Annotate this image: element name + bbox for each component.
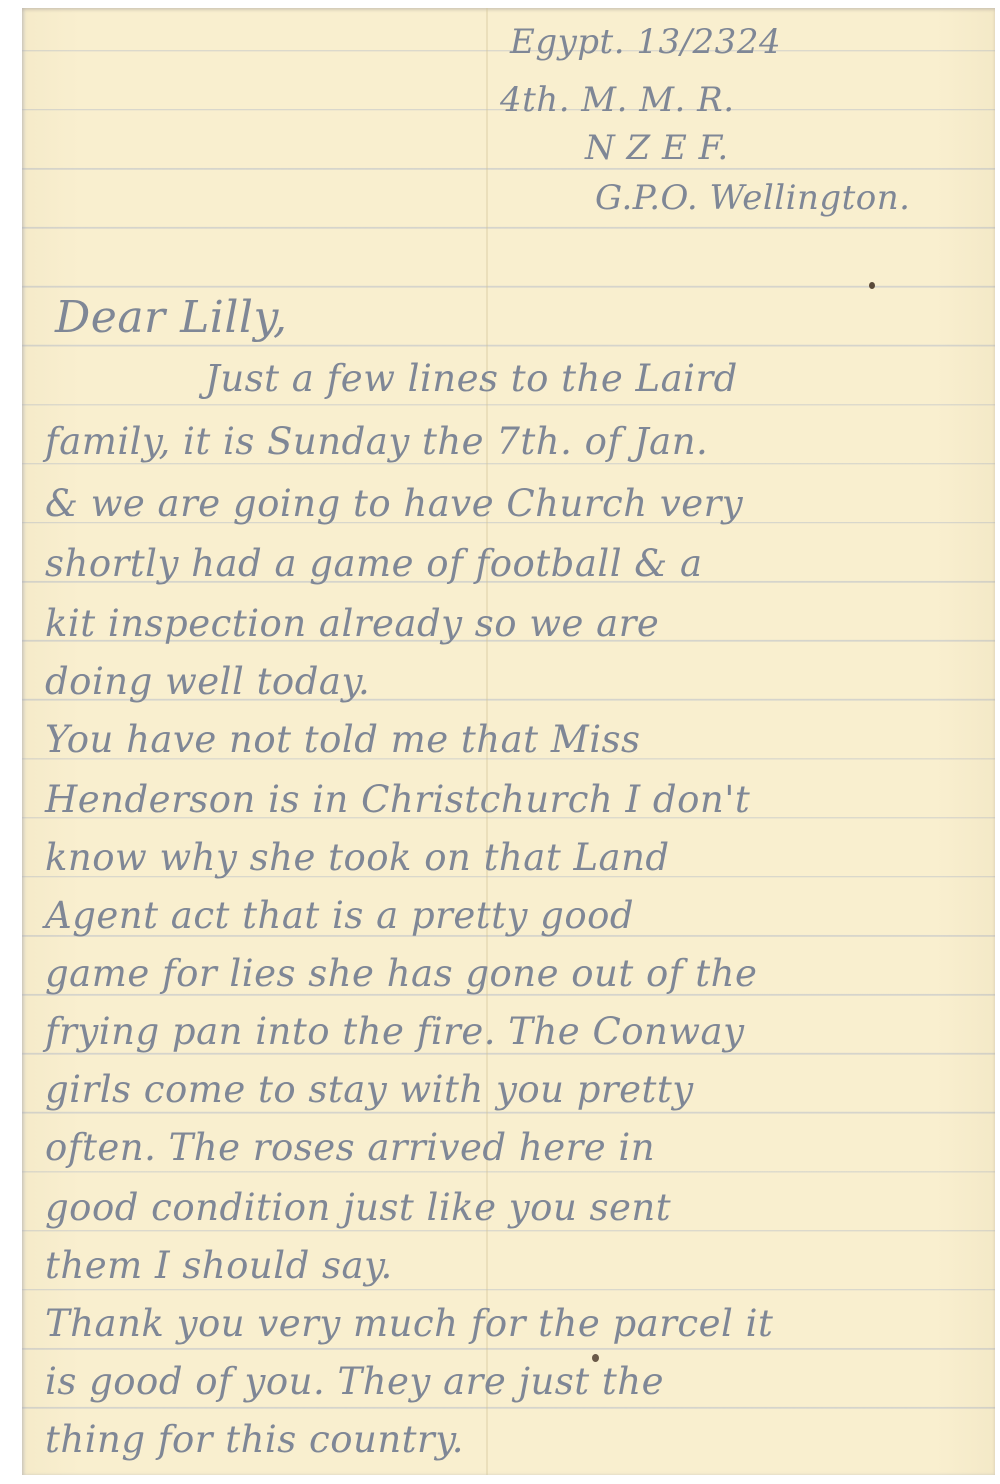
letter-line: know why she took on that Land: [45, 836, 670, 879]
letter-line: kit inspection already so we are: [45, 602, 659, 645]
letter-line: game for lies she has gone out of the: [45, 952, 757, 995]
ink-spot: [592, 1354, 599, 1362]
letter-line: thing for this country.: [45, 1418, 464, 1461]
letter-line: Henderson is in Christchurch I don't: [45, 778, 750, 821]
letter-line: them I should say.: [45, 1244, 393, 1287]
header-location-date: Egypt. 13/2324: [510, 22, 781, 62]
letter-line: doing well today.: [45, 660, 370, 703]
letter-line: & we are going to have Church very: [45, 482, 743, 525]
letter-line: frying pan into the fire. The Conway: [45, 1010, 745, 1053]
header-unit: 4th. M. M. R.: [500, 80, 735, 120]
letter-line: Agent act that is a pretty good: [45, 894, 634, 937]
letter-line: often. The roses arrived here in: [45, 1126, 655, 1169]
letter-line: good condition just like you sent: [45, 1186, 671, 1229]
letter-line: You have not told me that Miss: [45, 718, 641, 761]
header-force: N Z E F.: [585, 128, 729, 168]
letter-line: Thank you very much for the parcel it: [45, 1302, 773, 1345]
letter-line: family, it is Sunday the 7th. of Jan.: [45, 420, 708, 463]
header-post-office: G.P.O. Wellington.: [595, 178, 910, 218]
letter-line: is good of you. They are just the: [45, 1360, 664, 1403]
letter-line: Just a few lines to the Laird: [205, 357, 738, 400]
salutation: Dear Lilly,: [55, 292, 288, 343]
letter-line: girls come to stay with you pretty: [45, 1068, 694, 1111]
letter-line: shortly had a game of football & a: [45, 542, 703, 585]
ink-spot: [869, 282, 875, 289]
